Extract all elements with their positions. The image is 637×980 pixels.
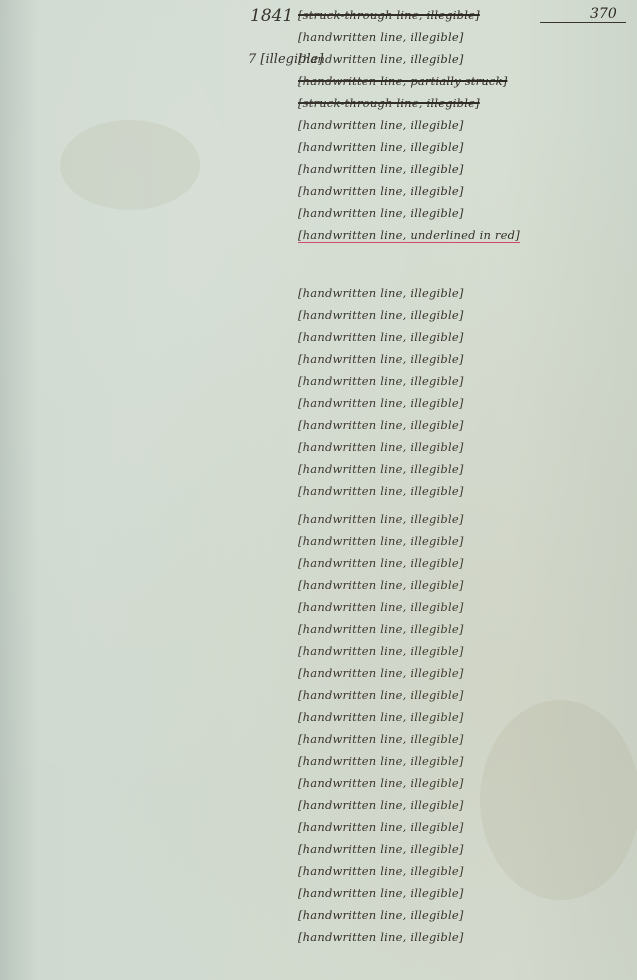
handwritten-line: [handwritten line, illegible] <box>298 180 628 202</box>
handwritten-line: [handwritten line, illegible] <box>298 530 628 552</box>
handwritten-line: [handwritten line, illegible] <box>298 904 628 926</box>
handwritten-line: [handwritten line, illegible] <box>298 458 628 480</box>
handwritten-line: [handwritten line, illegible] <box>298 136 628 158</box>
handwritten-line: [handwritten line, illegible] <box>298 26 628 48</box>
handwritten-line: [handwritten line, illegible] <box>298 414 628 436</box>
handwritten-line: [handwritten line, illegible] <box>298 618 628 640</box>
handwritten-line: [handwritten line, illegible] <box>298 480 628 502</box>
handwritten-line: [handwritten line, illegible] <box>298 926 628 948</box>
handwritten-line: [handwritten line, illegible] <box>298 202 628 224</box>
handwritten-line: [handwritten line, illegible] <box>298 706 628 728</box>
handwritten-line: [handwritten line, illegible] <box>298 304 628 326</box>
handwritten-line: [handwritten line, illegible] <box>298 326 628 348</box>
handwritten-line: [handwritten line, illegible] <box>298 684 628 706</box>
handwritten-line: [handwritten line, illegible] <box>298 348 628 370</box>
handwritten-line: [handwritten line, illegible] <box>298 640 628 662</box>
handwritten-line: [handwritten line, illegible] <box>298 838 628 860</box>
year-heading: 1841 <box>250 6 293 26</box>
handwritten-line: [handwritten line, illegible] <box>298 114 628 136</box>
handwritten-line: [handwritten line, illegible] <box>298 552 628 574</box>
manuscript-page: 1841 370 7 [illegible] [struck-through l… <box>0 0 637 980</box>
handwritten-line: [handwritten line, illegible] <box>298 574 628 596</box>
handwritten-line: [struck-through line, illegible] <box>298 4 628 26</box>
paragraph: [handwritten line, illegible][handwritte… <box>298 508 628 948</box>
handwritten-line: [handwritten line, illegible] <box>298 392 628 414</box>
handwritten-line: [handwritten line, underlined in red] <box>298 224 628 246</box>
handwritten-line: [handwritten line, illegible] <box>298 282 628 304</box>
handwritten-line: [handwritten line, illegible] <box>298 436 628 458</box>
paragraph: [handwritten line, illegible][handwritte… <box>298 282 628 502</box>
handwritten-line: [handwritten line, illegible] <box>298 750 628 772</box>
handwritten-line: [handwritten line, illegible] <box>298 662 628 684</box>
handwritten-line: [handwritten line, illegible] <box>298 882 628 904</box>
handwritten-line: [handwritten line, illegible] <box>298 508 628 530</box>
handwritten-line: [handwritten line, illegible] <box>298 816 628 838</box>
paper-stain <box>60 120 200 210</box>
handwritten-line: [handwritten line, illegible] <box>298 794 628 816</box>
handwritten-line: [handwritten line, illegible] <box>298 860 628 882</box>
handwritten-line: [handwritten line, illegible] <box>298 370 628 392</box>
handwritten-line: [handwritten line, illegible] <box>298 158 628 180</box>
handwritten-line: [handwritten line, partially struck] <box>298 70 628 92</box>
handwritten-line: [struck-through line, illegible] <box>298 92 628 114</box>
paragraph: [struck-through line, illegible][handwri… <box>298 4 628 246</box>
handwritten-line: [handwritten line, illegible] <box>298 596 628 618</box>
handwritten-line: [handwritten line, illegible] <box>298 728 628 750</box>
handwritten-line: [handwritten line, illegible] <box>298 772 628 794</box>
handwritten-line: [handwritten line, illegible] <box>298 48 628 70</box>
